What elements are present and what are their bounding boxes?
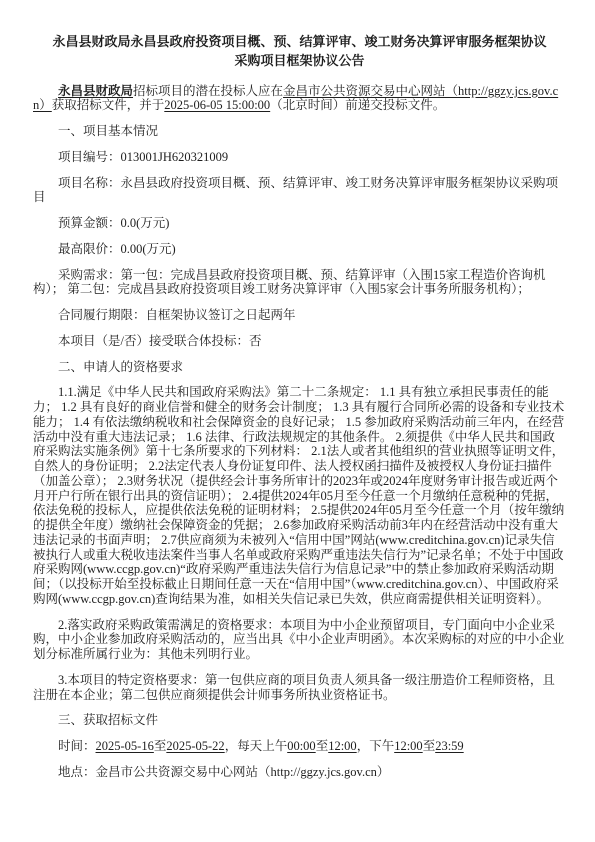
morning-time-to: 12:00 <box>328 739 356 753</box>
field-label: 时间： <box>58 739 96 753</box>
section-heading-basic-info: 一、项目基本情况 <box>33 124 566 139</box>
section-heading-obtain-documents: 三、获取招标文件 <box>33 713 566 728</box>
qualification-paragraph-1: 1.1.满足《中华人民共和国政府采购法》第二十二条规定： 1.1 具有独立承担民… <box>33 385 566 606</box>
field-label: 合同履行期限： <box>58 308 146 322</box>
field-consortium-bid: 本项目（是/否）接受联合体投标：否 <box>33 334 566 349</box>
obtain-date-from: 2025-05-16 <box>96 739 154 753</box>
field-project-number: 项目编号：013001JH620321009 <box>33 150 566 165</box>
field-value: 0.0(万元) <box>121 216 170 230</box>
field-budget-amount: 预算金额：0.0(万元) <box>33 216 566 231</box>
field-label: 项目名称： <box>58 176 121 190</box>
field-value: 否 <box>249 334 262 348</box>
field-label: 地点： <box>58 765 96 779</box>
obtain-date-to: 2025-05-22 <box>166 739 224 753</box>
field-label: 本项目（是/否）接受联合体投标： <box>58 334 249 348</box>
qualification-paragraph-3: 3.本项目的特定资格要求：第一包供应商的项目负责人须具备一级注册造价工程师资格，… <box>33 673 566 703</box>
afternoon-time-to: 23:59 <box>435 739 463 753</box>
time-separator: 至 <box>154 739 167 753</box>
field-obtain-place: 地点：金昌市公共资源交易中心网站（http://ggzy.jcs.gov.cn） <box>33 765 566 780</box>
field-value: 0.00(万元) <box>121 242 176 256</box>
time-text-morning: ，每天上午 <box>225 739 288 753</box>
intro-paragraph: 永昌县财政局招标项目的潜在投标人应在金昌市公共资源交易中心网站（http://g… <box>33 84 566 114</box>
intro-text-2: 获取招标文件，并于 <box>52 98 165 112</box>
field-label: 采购需求： <box>58 268 121 282</box>
buyer-name: 永昌县财政局 <box>58 84 133 98</box>
field-value: 金昌市公共资源交易中心网站（http://ggzy.jcs.gov.cn） <box>96 765 390 779</box>
intro-text-1: 招标项目的潜在投标人应在 <box>133 84 283 98</box>
section-heading-qualification: 二、申请人的资格要求 <box>33 360 566 375</box>
page-title: 永昌县财政局永昌县政府投资项目概、预、结算评审、竣工财务决算评审服务框架协议采购… <box>50 33 550 71</box>
document-page: 永昌县财政局永昌县政府投资项目概、预、结算评审、竣工财务决算评审服务框架协议采购… <box>0 0 595 842</box>
time-text-afternoon: ，下午 <box>357 739 395 753</box>
time-separator: 至 <box>316 739 329 753</box>
field-label: 最高限价： <box>58 242 121 256</box>
field-max-price: 最高限价：0.00(万元) <box>33 242 566 257</box>
morning-time-from: 00:00 <box>287 739 315 753</box>
field-label: 项目编号： <box>58 150 121 164</box>
field-contract-duration: 合同履行期限：自框架协议签订之日起两年 <box>33 308 566 323</box>
intro-text-3: （北京时间）前递交投标文件。 <box>270 98 445 112</box>
qualification-paragraph-2: 2.落实政府采购政策需满足的资格要求：本项目为中小企业预留项目，专门面向中小企业… <box>33 618 566 662</box>
field-value: 自框架协议签订之日起两年 <box>146 308 296 322</box>
submission-deadline: 2025-06-05 15:00:00 <box>164 98 270 112</box>
field-procurement-demand: 采购需求：第一包：完成昌县政府投资项目概、预、结算评审（入围15家工程造价咨询机… <box>33 268 566 298</box>
field-obtain-time: 时间：2025-05-16至2025-05-22，每天上午00:00至12:00… <box>33 739 566 754</box>
time-separator: 至 <box>423 739 436 753</box>
field-label: 预算金额： <box>58 216 121 230</box>
afternoon-time-from: 12:00 <box>394 739 422 753</box>
field-value: 013001JH620321009 <box>121 150 229 164</box>
field-project-name: 项目名称：永昌县政府投资项目概、预、结算评审、竣工财务决算评审服务框架协议采购项… <box>33 176 566 206</box>
